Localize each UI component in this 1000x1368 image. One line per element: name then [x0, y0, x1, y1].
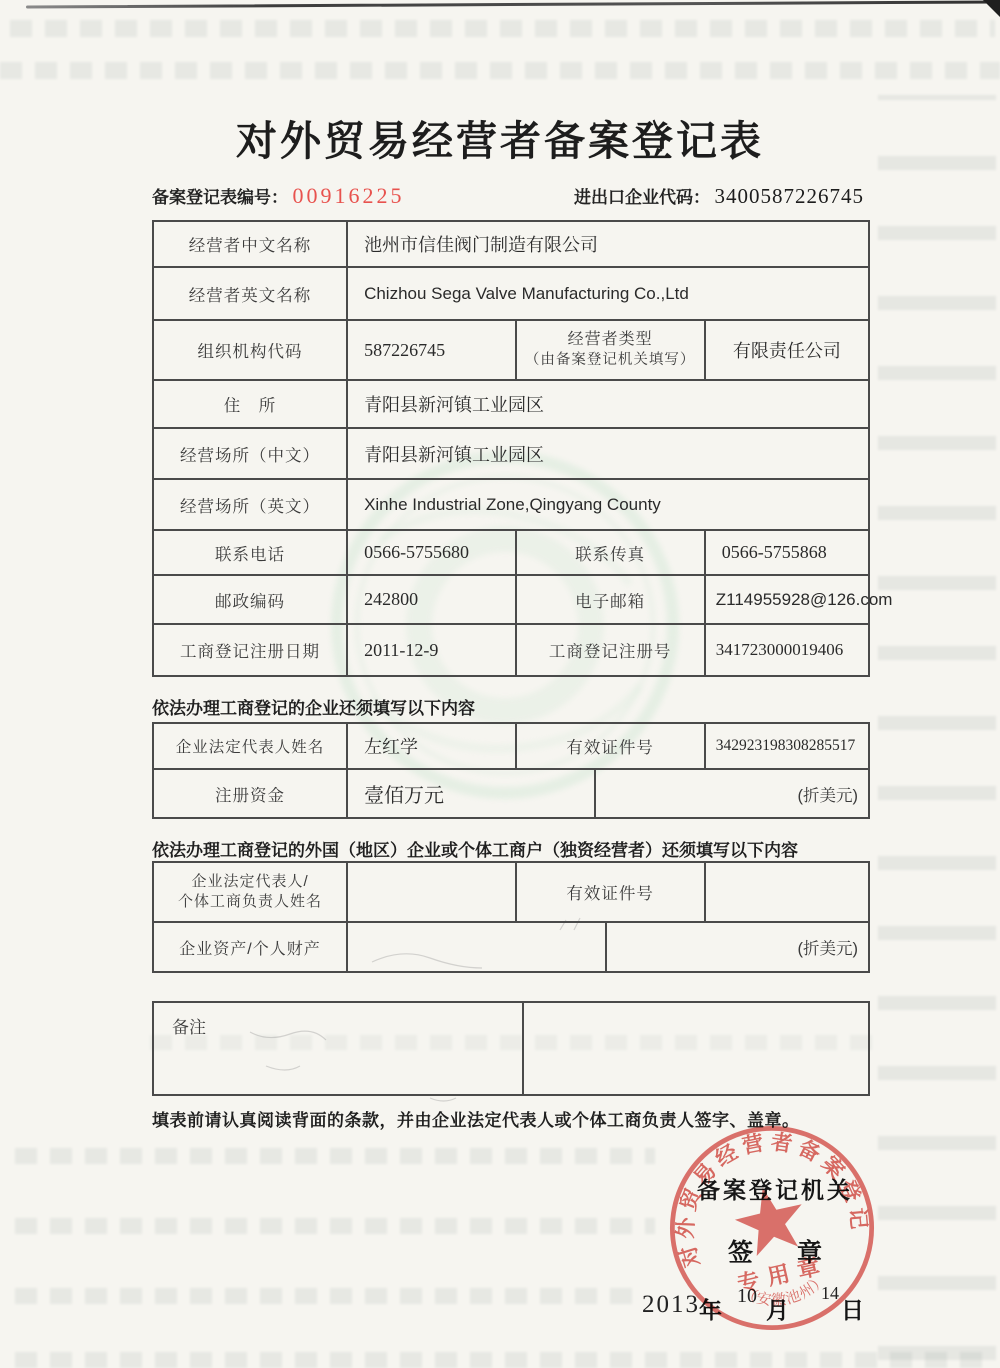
ghost-text-bleedthrough [10, 20, 995, 37]
table-row: 组织机构代码 587226745 经营者类型 （由备案登记机关填写） 有限责任公… [154, 319, 868, 379]
operator-type-sublabel: （由备案登记机关填写） [525, 351, 696, 371]
row-value-secondary: 341723000019406 [704, 625, 868, 675]
row-label: 企业法定代表人姓名 [154, 724, 346, 768]
row-value [346, 923, 604, 971]
row-value-secondary: 0566-5755868 [704, 531, 868, 574]
table-row: 经营者中文名称 池州市信佳阀门制造有限公司 [154, 222, 868, 266]
date-year: 2013 [642, 1291, 700, 1319]
row-label-secondary: 有效证件号 [515, 724, 704, 768]
scanned-registration-form: 对外贸易经营者备案登记表 备案登记表编号： 00916225 进出口企业代码： … [0, 0, 1000, 1368]
company-code-group: 进出口企业代码： 3400587226745 [574, 183, 864, 209]
usd-equivalent-note: (折美元) [594, 770, 868, 817]
form-number-value: 00916225 [292, 183, 404, 208]
row-label: 企业法定代表人/ 个体工商负责人姓名 [154, 863, 346, 921]
table-row: 注册资金 壹佰万元 (折美元) [154, 768, 868, 817]
ghost-text-bleedthrough [15, 1288, 635, 1304]
remarks-label: 备注 [154, 1003, 522, 1094]
ghost-text-bleedthrough [878, 95, 996, 1360]
row-label: 注册资金 [154, 770, 346, 817]
table-row: 备注 [154, 1003, 868, 1094]
row-label: 经营者中文名称 [154, 222, 346, 266]
registration-authority-label: 备案登记机关 [650, 1172, 900, 1205]
row-label-secondary: 电子邮箱 [515, 576, 704, 623]
table-row: 企业法定代表人/ 个体工商负责人姓名 有效证件号 [154, 863, 868, 921]
rep-label-line1: 企业法定代表人/ [191, 872, 308, 892]
seal-word-zhang: 章 [797, 1233, 822, 1269]
section2-heading: 依法办理工商登记的外国（地区）企业或个体工商户（独资经营者）还须填写以下内容 [152, 836, 892, 861]
row-value [346, 863, 515, 921]
operator-type-label: 经营者类型 [568, 329, 653, 351]
row-value: Chizhou Sega Valve Manufacturing Co.,Ltd [346, 268, 868, 319]
table-row: 企业资产/个人财产 (折美元) [154, 921, 868, 971]
row-label: 经营场所（中文） [154, 429, 346, 478]
seal-words: 签 章 [650, 1233, 900, 1269]
table-row: 联系电话 0566-5755680 联系传真 0566-5755868 [154, 529, 868, 574]
table-row: 经营者英文名称 Chizhou Sega Valve Manufacturing… [154, 266, 868, 319]
form-number-group: 备案登记表编号： 00916225 [152, 183, 404, 209]
row-label: 联系电话 [154, 531, 346, 574]
table-row: 工商登记注册日期 2011-12-9 工商登记注册号 3417230000194… [154, 623, 868, 675]
company-code-value: 3400587226745 [714, 184, 864, 208]
remarks-table: 备注 [152, 1001, 870, 1096]
section1-heading: 依法办理工商登记的企业还须填写以下内容 [152, 694, 892, 719]
remarks-empty-cell [522, 1003, 868, 1094]
row-label: 邮政编码 [154, 576, 346, 623]
row-label-secondary: 有效证件号 [515, 863, 704, 921]
row-label: 企业资产/个人财产 [154, 923, 346, 971]
row-value-secondary: Z114955928@126.com [704, 576, 868, 623]
table-row: 邮政编码 242800 电子邮箱 Z114955928@126.com [154, 574, 868, 623]
row-value: 242800 [346, 576, 515, 623]
seal-word-qian: 签 [728, 1233, 753, 1269]
row-label: 经营场所（英文） [154, 480, 346, 529]
row-value-secondary [704, 863, 868, 921]
date-day-unit: 日 [841, 1292, 864, 1325]
row-label: 工商登记注册日期 [154, 625, 346, 675]
table-row: 企业法定代表人姓名 左红学 有效证件号 342923198308285517 [154, 724, 868, 768]
ghost-text-bleedthrough [15, 1148, 655, 1164]
date-month: 10 [737, 1285, 757, 1308]
page-title: 对外贸易经营者备案登记表 [0, 108, 1000, 167]
ghost-text-bleedthrough [15, 1352, 995, 1368]
row-label-secondary: 经营者类型 （由备案登记机关填写） [515, 321, 704, 379]
ghost-text-bleedthrough [0, 62, 1000, 79]
date-month-unit: 月 [766, 1292, 789, 1325]
scan-corner-artifact [983, 0, 1000, 17]
usd-equivalent-note: (折美元) [605, 923, 868, 971]
row-value: 壹佰万元 [346, 770, 594, 817]
main-info-table: 经营者中文名称 池州市信佳阀门制造有限公司 经营者英文名称 Chizhou Se… [152, 220, 870, 677]
table-row: 经营场所（英文） Xinhe Industrial Zone,Qingyang … [154, 478, 868, 529]
row-value: 左红学 [346, 724, 515, 768]
row-value: 587226745 [346, 321, 515, 379]
row-label-secondary: 工商登记注册号 [515, 625, 704, 675]
row-label: 组织机构代码 [154, 321, 346, 379]
ghost-text-bleedthrough [15, 1218, 655, 1234]
company-code-label: 进出口企业代码： [574, 188, 710, 207]
date-year-unit: 年 [699, 1292, 722, 1325]
form-number-label: 备案登记表编号： [152, 188, 288, 207]
row-value: 池州市信佳阀门制造有限公司 [346, 222, 868, 266]
row-value: Xinhe Industrial Zone,Qingyang County [346, 480, 868, 529]
table-row: 经营场所（中文） 青阳县新河镇工业园区 [154, 427, 868, 478]
row-value-secondary: 有限责任公司 [704, 321, 868, 379]
domestic-enterprise-table: 企业法定代表人姓名 左红学 有效证件号 342923198308285517 注… [152, 722, 870, 819]
row-value: 2011-12-9 [346, 625, 515, 675]
row-value: 青阳县新河镇工业园区 [346, 429, 868, 478]
rep-label-line2: 个体工商负责人姓名 [178, 892, 322, 912]
row-label: 经营者英文名称 [154, 268, 346, 319]
row-value: 青阳县新河镇工业园区 [346, 381, 868, 427]
date-day: 14 [821, 1283, 839, 1304]
row-label-secondary: 联系传真 [515, 531, 704, 574]
scan-edge-line [26, 0, 1000, 8]
row-value-secondary: 342923198308285517 [704, 724, 868, 768]
table-row: 住 所 青阳县新河镇工业园区 [154, 379, 868, 427]
row-label: 住 所 [154, 381, 346, 427]
filing-instruction: 填表前请认真阅读背面的条款，并由企业法定代表人或个体工商负责人签字、盖章。 [152, 1106, 912, 1131]
row-value: 0566-5755680 [346, 531, 515, 574]
meta-row: 备案登记表编号： 00916225 进出口企业代码： 3400587226745 [152, 183, 872, 213]
foreign-enterprise-table: 企业法定代表人/ 个体工商负责人姓名 有效证件号 企业资产/个人财产 (折美元) [152, 861, 870, 973]
